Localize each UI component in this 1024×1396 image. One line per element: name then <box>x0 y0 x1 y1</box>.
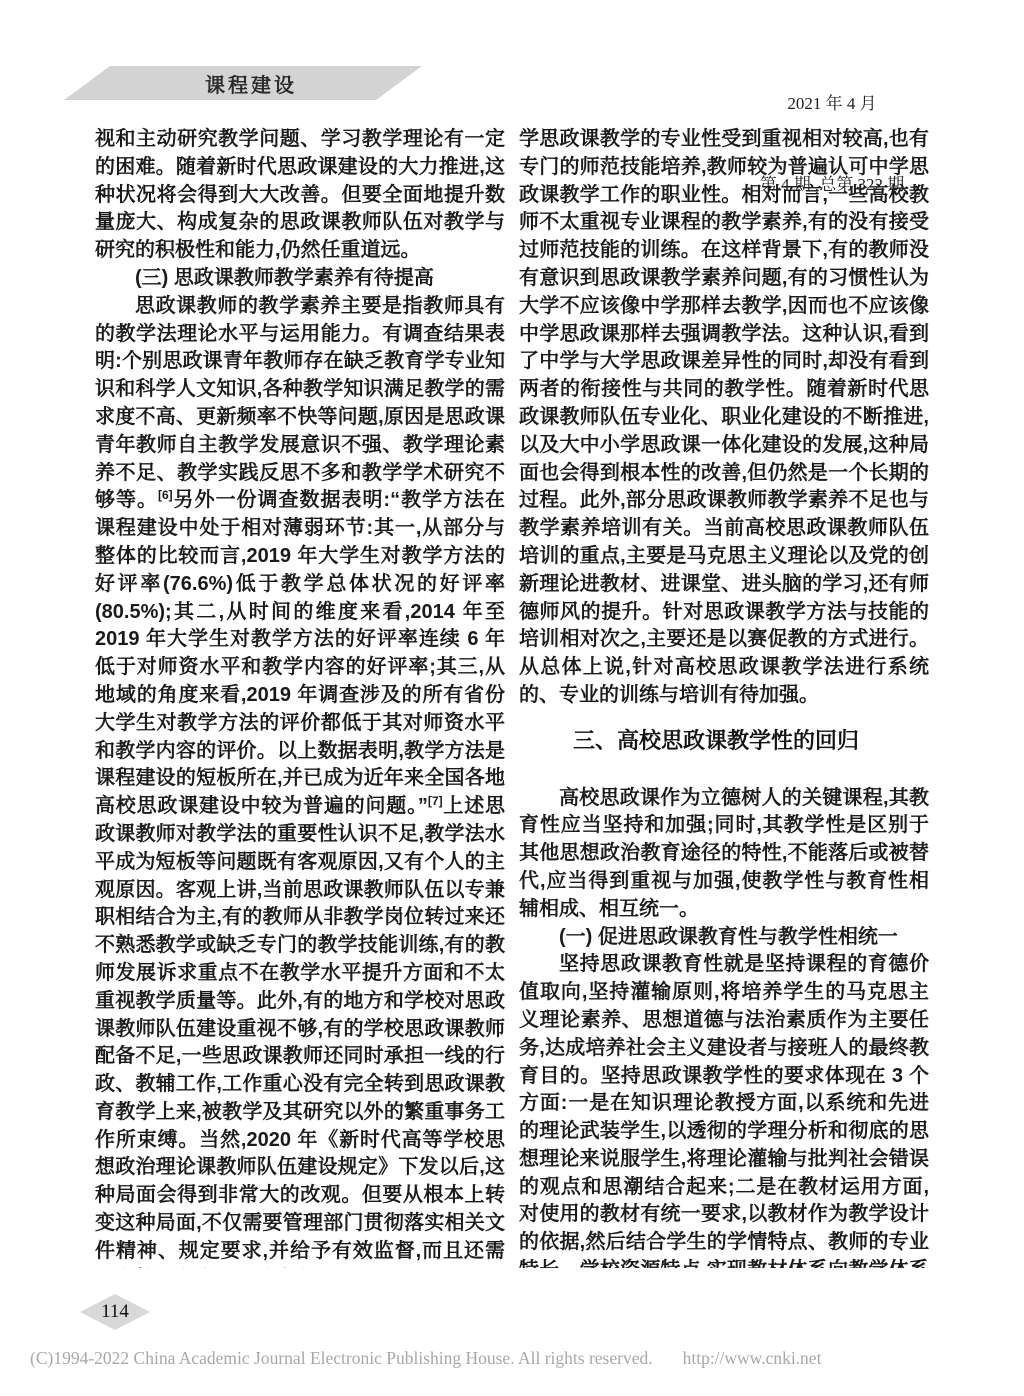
paragraph-uphold: 坚持思政课教育性就是坚持课程的育德价值取向,坚持灌输原则,将培养学生的马克思主义… <box>519 951 929 1268</box>
left-column: 视和主动研究教学问题、学习教学理论有一定的困难。随着新时代思政课建设的大力推进,… <box>95 126 505 1268</box>
subheading-three: (三) 思政课教师教学素养有待提高 <box>95 265 505 293</box>
column-banner-label: 课程建设 <box>205 69 297 98</box>
subheading-one: (一) 促进思政课教育性与教学性相统一 <box>519 924 929 952</box>
journal-page: 课程建设 2021 年 4 月 第 4 期 总第 322 期 视和主动研究教学问… <box>0 0 1024 1396</box>
paragraph-segment: 思政课教师的教学素养主要是指教师具有的教学法理论水平与运用能力。有调查结果表明:… <box>95 295 505 512</box>
issue-date: 2021 年 4 月 <box>742 90 922 117</box>
paragraph-teaching-literacy: 思政课教师的教学素养主要是指教师具有的教学法理论水平与运用能力。有调查结果表明:… <box>95 293 505 1268</box>
footnote-ref-7: [7] <box>428 794 443 808</box>
page-number: 114 <box>101 1301 129 1323</box>
paragraph-segment: 另外一份调查数据表明:“教学方法在课程建设中处于相对薄弱环节:其一,从部分与整体… <box>95 489 505 817</box>
copyright-line: (C)1994-2022 China Academic Journal Elec… <box>30 1348 1010 1369</box>
right-column: 学思政课教学的专业性受到重视相对较高,也有专门的师范技能培养,教师较为普遍认可中… <box>519 126 929 1268</box>
section-heading-three: 三、高校思政课教学性的回归 <box>519 727 929 755</box>
footnote-ref-6: [6] <box>158 488 173 502</box>
page-number-badge: 114 <box>80 1294 150 1330</box>
copyright-text: (C)1994-2022 China Academic Journal Elec… <box>30 1348 653 1368</box>
paragraph-segment: 上述思政课教师对教学法的重要性认识不足,教学法水平成为短板等问题既有客观原因,又… <box>95 795 505 1268</box>
paragraph-continuation: 学思政课教学的专业性受到重视相对较高,也有专门的师范技能培养,教师较为普遍认可中… <box>519 126 929 710</box>
paragraph-continuation: 视和主动研究教学问题、学习教学理论有一定的困难。随着新时代思政课建设的大力推进,… <box>95 126 505 265</box>
paragraph-return: 高校思政课作为立德树人的关键课程,其教育性应当坚持和加强;同时,其教学性是区别于… <box>519 785 929 924</box>
column-banner: 课程建设 <box>64 66 422 100</box>
cnki-url: http://www.cnki.net <box>683 1348 822 1368</box>
